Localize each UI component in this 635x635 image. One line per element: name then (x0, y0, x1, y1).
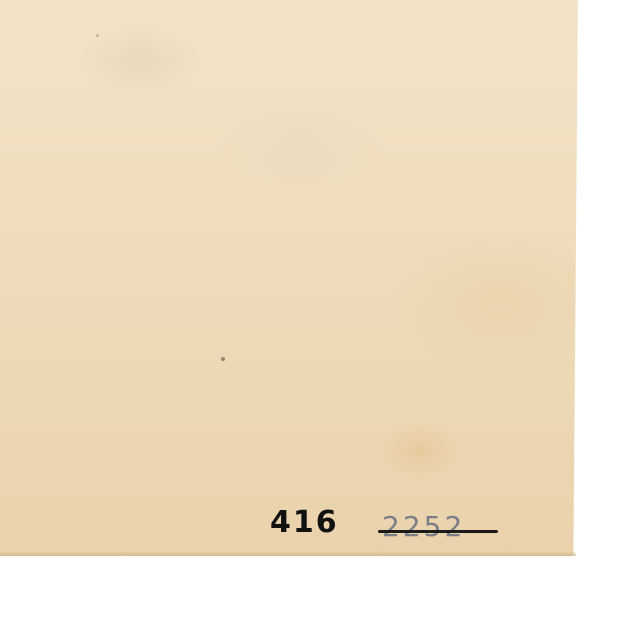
photo-scene: 416 2252 (0, 0, 635, 635)
paper-speck (96, 34, 99, 37)
inventory-number: 416 (270, 505, 339, 540)
paper-speck (221, 357, 225, 361)
aged-paper-sheet (0, 0, 578, 556)
strikethrough-line (378, 530, 498, 533)
struck-out-number: 2252 (382, 510, 465, 543)
paper-bottom-edge (0, 551, 576, 556)
